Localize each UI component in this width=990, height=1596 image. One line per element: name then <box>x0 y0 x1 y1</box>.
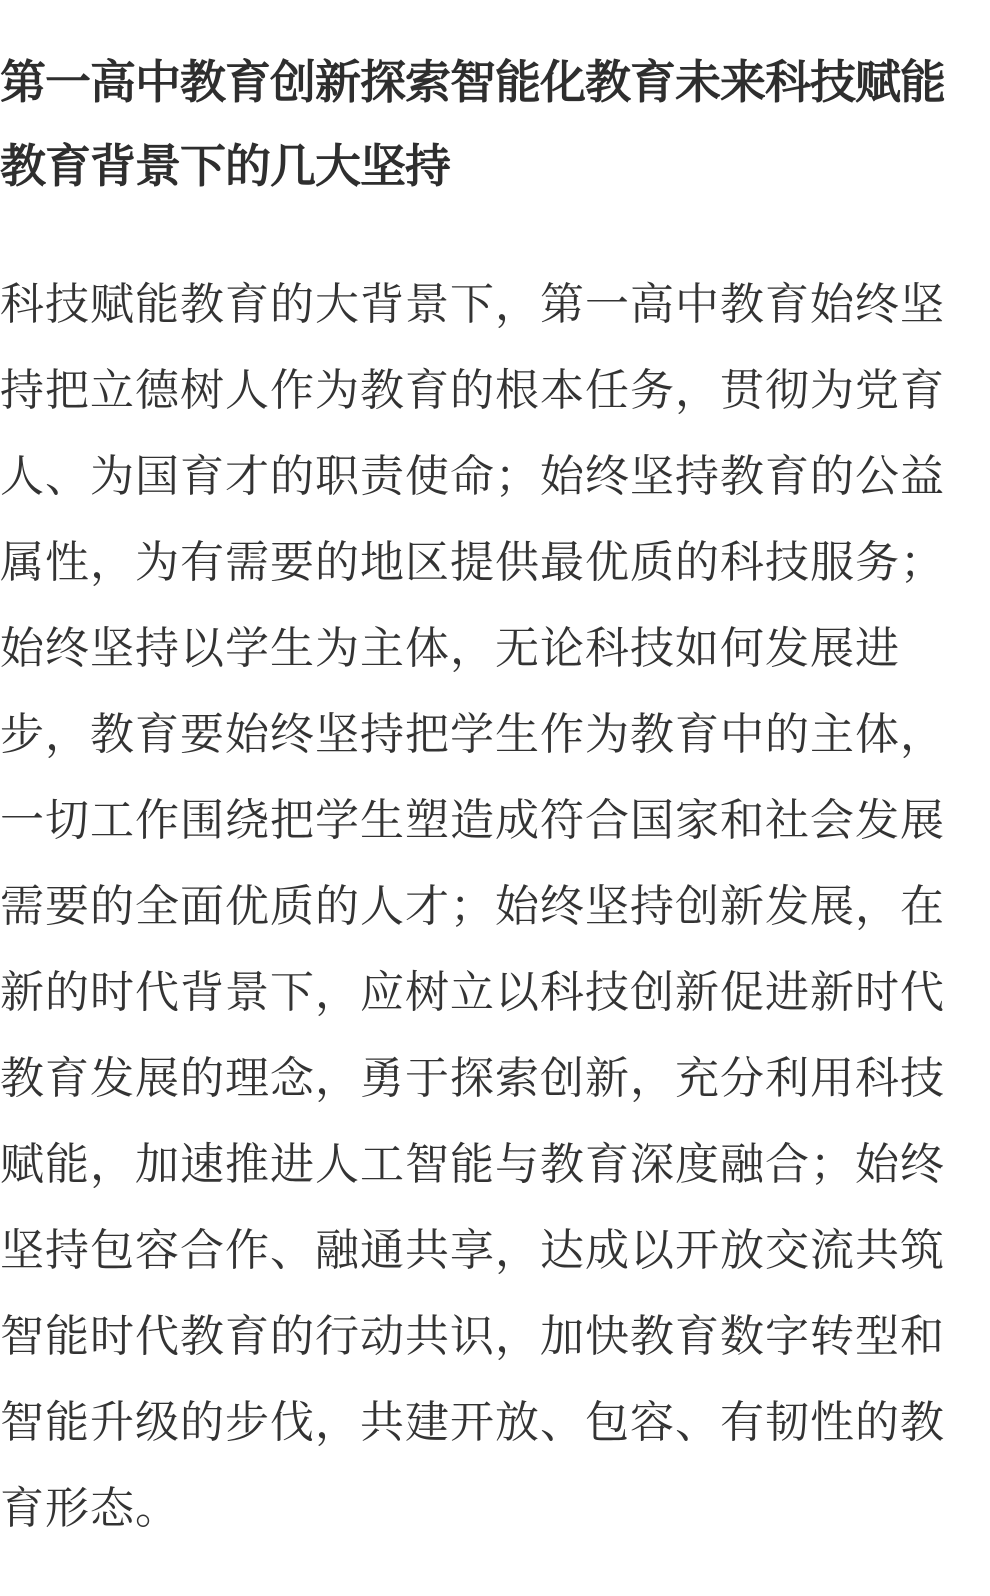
article-title: 第一高中教育创新探索智能化教育未来科技赋能 教育背景下的几大坚持 <box>0 40 990 208</box>
body-line: 教育发展的理念，勇于探索创新，充分利用科技 <box>0 1036 990 1122</box>
body-line: 坚持包容合作、融通共享，达成以开放交流共筑 <box>0 1208 990 1294</box>
body-line: 赋能，加速推进人工智能与教育深度融合；始终 <box>0 1122 990 1208</box>
title-line-1: 第一高中教育创新探索智能化教育未来科技赋能 <box>0 40 990 124</box>
body-line: 始终坚持以学生为主体，无论科技如何发展进 <box>0 606 990 692</box>
body-line: 人、为国育才的职责使命；始终坚持教育的公益 <box>0 434 990 520</box>
body-line: 育形态。 <box>0 1466 990 1552</box>
body-line: 步，教育要始终坚持把学生作为教育中的主体， <box>0 692 990 778</box>
body-line: 需要的全面优质的人才；始终坚持创新发展，在 <box>0 864 990 950</box>
body-line: 新的时代背景下，应树立以科技创新促进新时代 <box>0 950 990 1036</box>
body-line: 一切工作围绕把学生塑造成符合国家和社会发展 <box>0 778 990 864</box>
body-line: 属性，为有需要的地区提供最优质的科技服务； <box>0 520 990 606</box>
body-line: 智能时代教育的行动共识，加快教育数字转型和 <box>0 1294 990 1380</box>
title-line-2: 教育背景下的几大坚持 <box>0 124 990 208</box>
body-line: 科技赋能教育的大背景下，第一高中教育始终坚 <box>0 262 990 348</box>
body-line: 智能升级的步伐，共建开放、包容、有韧性的教 <box>0 1380 990 1466</box>
article-body: 科技赋能教育的大背景下，第一高中教育始终坚 持把立德树人作为教育的根本任务，贯彻… <box>0 262 990 1552</box>
body-line: 持把立德树人作为教育的根本任务，贯彻为党育 <box>0 348 990 434</box>
